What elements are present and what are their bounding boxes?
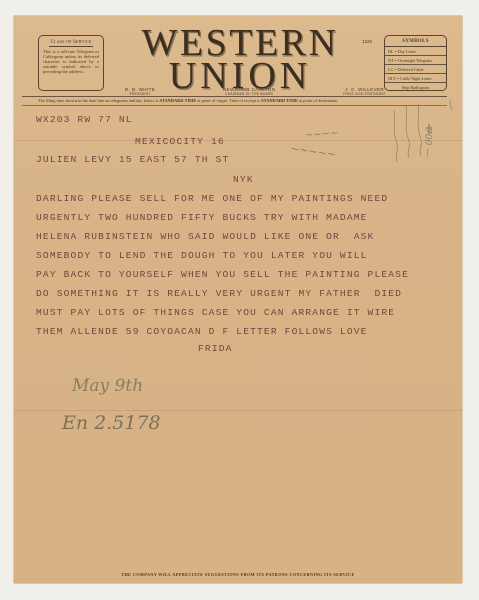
- telegram-body-line: PAY BACK TO YOURSELF WHEN YOU SELL THE P…: [36, 269, 409, 280]
- notice-text: The filing time shown in the date line o…: [38, 98, 159, 103]
- footer-notice: THE COMPANY WILL APPRECIATE SUGGESTIONS …: [14, 572, 462, 577]
- symbol-row: NT = Overnight Telegram: [385, 56, 446, 65]
- telegram-body-line: HELENA RUBINSTEIN WHO SAID WOULD LIKE ON…: [36, 231, 374, 242]
- symbol-row: Ship Radiogram: [385, 83, 446, 91]
- officer-president: R. B. WHITE PRESIDENT: [125, 87, 155, 96]
- telegram-city: NYK: [233, 174, 254, 185]
- telegram-body-line: DARLING PLEASE SELL FOR ME ONE OF MY PAI…: [36, 193, 388, 204]
- header-rule: [22, 96, 447, 97]
- telegram-addressee: JULIEN LEVY 15 EAST 57 TH ST: [36, 154, 229, 165]
- symbol-row: LC = Deferred Cable: [385, 65, 446, 74]
- notice-text: at point of destination: [298, 98, 338, 103]
- telegram-body-line: DO SOMETHING IT IS REALLY VERY URGENT MY…: [36, 288, 402, 299]
- pencil-scribble: ~~~~: [305, 128, 339, 141]
- form-number: 1220: [362, 39, 372, 44]
- symbol-row: DL = Day Letter: [385, 47, 446, 56]
- notice-bold: STANDARD TIME: [261, 98, 298, 103]
- pencil-note-date: May 9th: [72, 376, 143, 396]
- telegram-origin: MEXICOCITY 16: [135, 136, 225, 147]
- class-of-service-text: This is a full-rate Telegram or Cablegra…: [43, 49, 99, 74]
- officers-row: R. B. WHITE PRESIDENT NEWCOMB CARLTON CH…: [90, 87, 390, 96]
- pencil-vertical-notes: [388, 100, 468, 180]
- telegram-body-line: URGENTLY TWO HUNDRED FIFTY BUCKS TRY WIT…: [36, 212, 368, 223]
- telegram-header-code: WX203 RW 77 NL: [36, 114, 133, 125]
- header-rule-lower: [22, 105, 447, 106]
- notice-text: at point of origin. Time of receipt is: [196, 98, 261, 103]
- officer-vice-president: J. C. WILLEVER FIRST VICE-PRESIDENT: [343, 87, 386, 96]
- telegram-body-line: THEM ALLENDE 59 COYOACAN D F LETTER FOLL…: [36, 326, 368, 337]
- symbols-title: SYMBOLS: [385, 36, 446, 47]
- notice-bold: STANDARD TIME: [159, 98, 196, 103]
- telegram-signature: FRIDA: [198, 343, 233, 354]
- symbols-box: SYMBOLS DL = Day Letter NT = Overnight T…: [384, 35, 447, 91]
- class-of-service-box: Class of Service This is a full-rate Tel…: [38, 35, 104, 91]
- officer-chairman: NEWCOMB CARLTON CHAIRMAN OF THE BOARD: [223, 87, 275, 96]
- pencil-note-number: En 2.5178: [62, 412, 161, 434]
- class-of-service-title: Class of Service: [49, 39, 93, 47]
- telegram-body-line: SOMEBODY TO LEND THE DOUGH TO YOU LATER …: [36, 250, 368, 261]
- fold-line: [14, 410, 462, 411]
- telegram-body-line: MUST PAY LOTS OF THINGS CASE YOU CAN ARR…: [36, 307, 395, 318]
- symbol-row: NLT = Cable Night Letter: [385, 74, 446, 83]
- western-union-logo: WESTERN UNION: [112, 27, 368, 94]
